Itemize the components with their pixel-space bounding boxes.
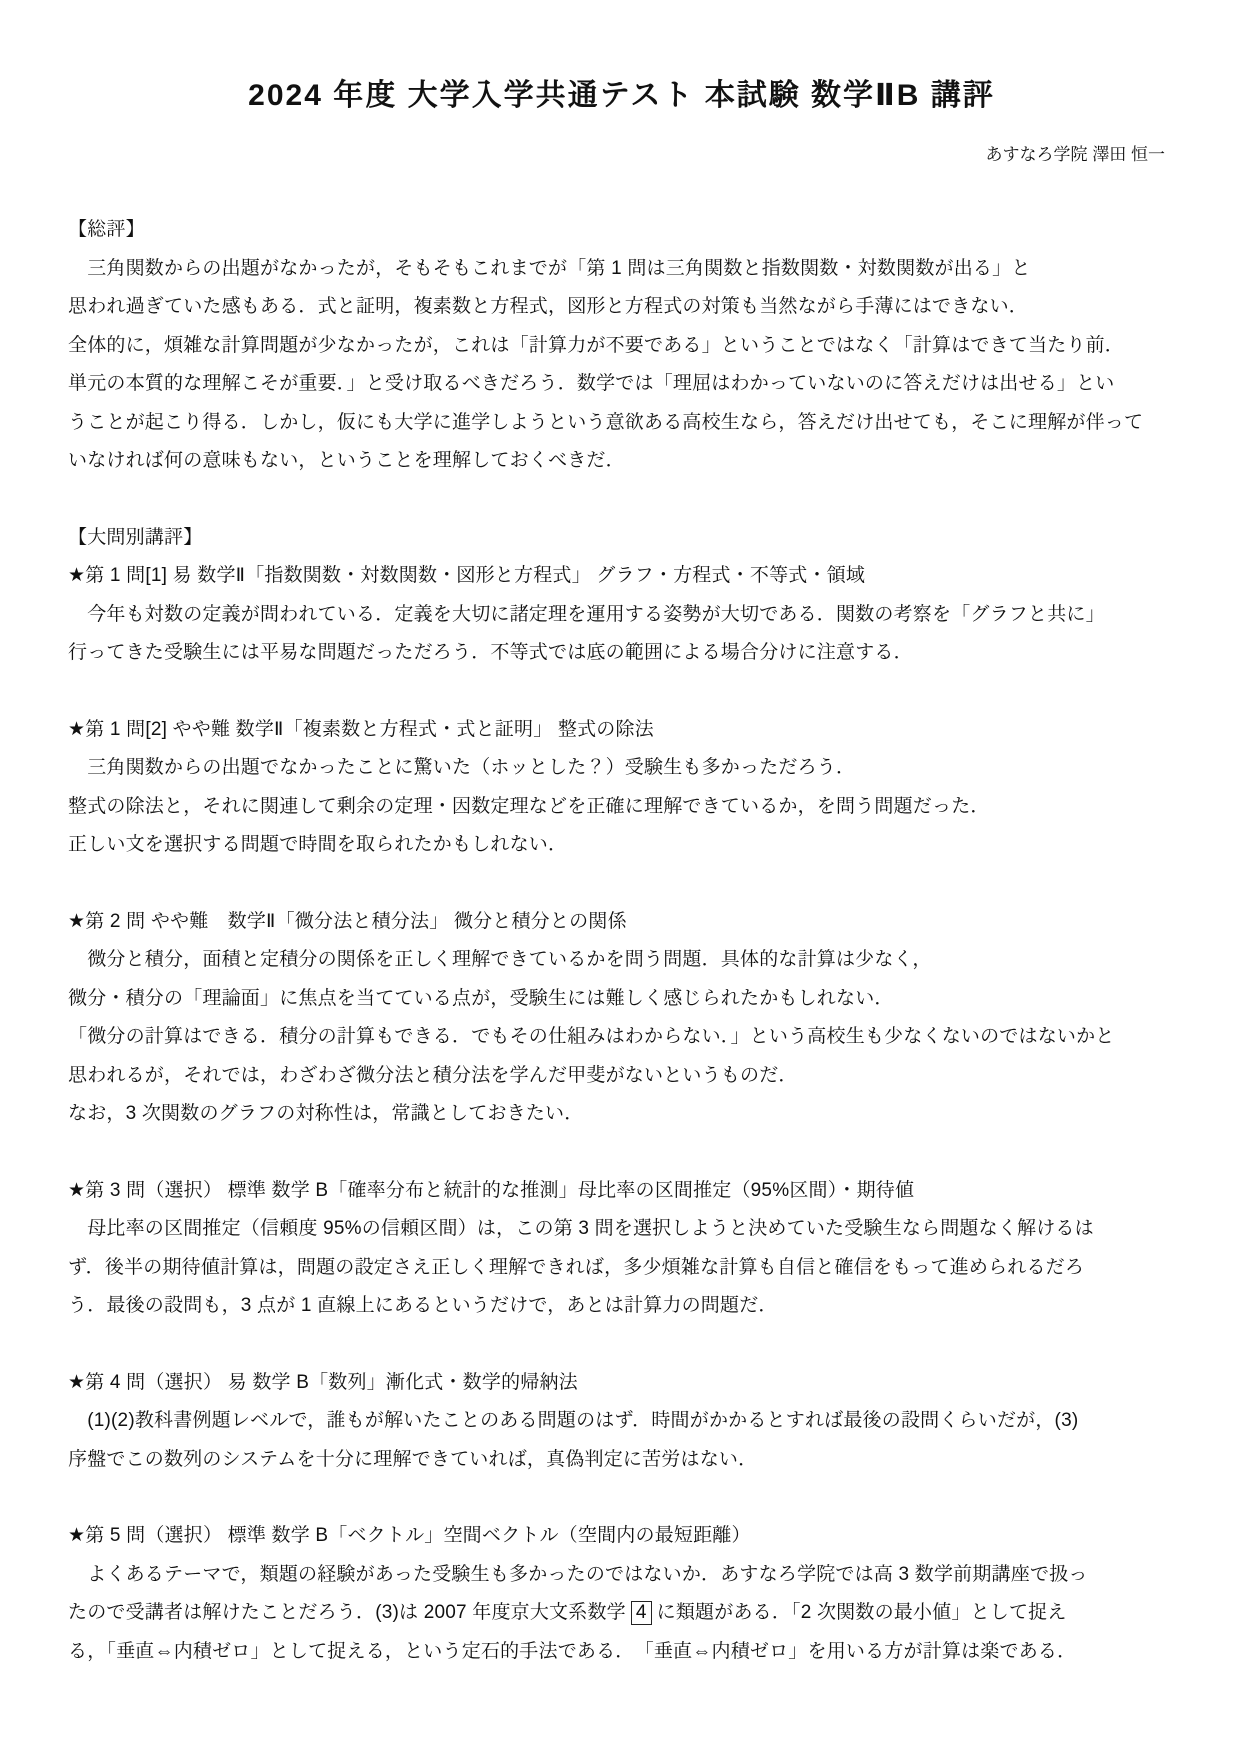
by-question-heading: 【大問別講評】 <box>68 519 1175 558</box>
question-line: 今年も対数の定義が問われている．定義を大切に諸定理を運用する姿勢が大切である．関… <box>68 596 1175 635</box>
overall-review-heading: 【総評】 <box>68 211 1175 250</box>
question-line: よくあるテーマで，類題の経験があった受験生も多かったのではないか．あすなろ学院で… <box>68 1556 1175 1595</box>
question-header: ★第 1 問[2] やや難 数学Ⅱ「複素数と方程式・式と証明」 整式の除法 <box>68 711 1175 750</box>
question-header: ★第 3 問（選択） 標準 数学 B「確率分布と統計的な推測」母比率の区間推定（… <box>68 1172 1175 1211</box>
question-line: なお，3 次関数のグラフの対称性は，常識としておきたい． <box>68 1095 1175 1134</box>
question-header: ★第 4 問（選択） 易 数学 B「数列」漸化式・数学的帰納法 <box>68 1364 1175 1403</box>
question-line: (1)(2)教科書例題レベルで，誰もが解いたことのある問題のはず．時間がかかると… <box>68 1402 1175 1441</box>
question-header: ★第 5 問（選択） 標準 数学 B「ベクトル」空間ベクトル（空間内の最短距離） <box>68 1517 1175 1556</box>
question-line: う．最後の設問も，3 点が 1 直線上にあるというだけで，あとは計算力の問題だ． <box>68 1287 1175 1326</box>
overall-review-line: 全体的に，煩雑な計算問題が少なかったが，これは「計算力が不要である」ということで… <box>68 327 1175 366</box>
question-line: 序盤でこの数列のシステムを十分に理解できていれば，真偽判定に苦労はない． <box>68 1441 1175 1480</box>
boxed-number: 4 <box>631 1601 652 1625</box>
overall-review-line: 単元の本質的な理解こそが重要．」と受け取るべきだろう．数学では「理屈はわかってい… <box>68 365 1175 404</box>
question-item-4: ★第 4 問（選択） 易 数学 B「数列」漸化式・数学的帰納法 (1)(2)教科… <box>68 1364 1175 1480</box>
document-page: 2024 年度 大学入学共通テスト 本試験 数学ⅡB 講評 あすなろ学院 澤田 … <box>0 0 1241 1755</box>
question-line: 行ってきた受験生には平易な問題だっただろう．不等式では底の範囲による場合分けに注… <box>68 634 1175 673</box>
overall-review-section: 【総評】 三角関数からの出題がなかったが，そもそもこれまでが「第 1 問は三角関… <box>68 211 1175 481</box>
question-line: る，「垂直⇔内積ゼロ」として捉える，という定石的手法である． 「垂直⇔内積ゼロ」… <box>68 1633 1175 1672</box>
question-item-1-1: ★第 1 問[1] 易 数学Ⅱ「指数関数・対数関数・図形と方程式」 グラフ・方程… <box>68 557 1175 673</box>
question-line-part: たので受講者は解けたことだろう．(3)は 2007 年度京大文系数学 <box>68 1602 626 1623</box>
overall-review-line: うことが起こり得る．しかし，仮にも大学に進学しようという意欲ある高校生なら，答え… <box>68 404 1175 443</box>
question-line: 微分・積分の「理論面」に焦点を当てている点が，受験生には難しく感じられたかもしれ… <box>68 980 1175 1019</box>
question-line: 「微分の計算はできる．積分の計算もできる．でもその仕組みはわからない．」という高… <box>68 1018 1175 1057</box>
author-line: あすなろ学院 澤田 恒一 <box>68 140 1165 165</box>
question-line: 思われるが，それでは，わざわざ微分法と積分法を学んだ甲斐がないというものだ． <box>68 1057 1175 1096</box>
overall-review-line: 三角関数からの出題がなかったが，そもそもこれまでが「第 1 問は三角関数と指数関… <box>68 250 1175 289</box>
question-line: 母比率の区間推定（信頼度 95%の信頼区間）は，この第 3 問を選択しようと決め… <box>68 1210 1175 1249</box>
question-line-with-box: たので受講者は解けたことだろう．(3)は 2007 年度京大文系数学4に類題があ… <box>68 1594 1175 1633</box>
by-question-section: 【大問別講評】 ★第 1 問[1] 易 数学Ⅱ「指数関数・対数関数・図形と方程式… <box>68 519 1175 1672</box>
question-item-5: ★第 5 問（選択） 標準 数学 B「ベクトル」空間ベクトル（空間内の最短距離）… <box>68 1517 1175 1671</box>
question-header: ★第 2 問 やや難 数学Ⅱ「微分法と積分法」 微分と積分との関係 <box>68 903 1175 942</box>
page-title: 2024 年度 大学入学共通テスト 本試験 数学ⅡB 講評 <box>68 70 1175 114</box>
question-line: 微分と積分，面積と定積分の関係を正しく理解できているかを問う問題．具体的な計算は… <box>68 941 1175 980</box>
question-line-part: に類題がある．「2 次関数の最小値」として捉え <box>657 1602 1067 1623</box>
overall-review-line: いなければ何の意味もない，ということを理解しておくべきだ． <box>68 442 1175 481</box>
question-item-3: ★第 3 問（選択） 標準 数学 B「確率分布と統計的な推測」母比率の区間推定（… <box>68 1172 1175 1326</box>
question-line: 整式の除法と，それに関連して剰余の定理・因数定理などを正確に理解できているか，を… <box>68 788 1175 827</box>
question-line: 正しい文を選択する問題で時間を取られたかもしれない． <box>68 826 1175 865</box>
question-item-1-2: ★第 1 問[2] やや難 数学Ⅱ「複素数と方程式・式と証明」 整式の除法 三角… <box>68 711 1175 865</box>
question-line: ず．後半の期待値計算は，問題の設定さえ正しく理解できれば，多少煩雑な計算も自信と… <box>68 1249 1175 1288</box>
overall-review-line: 思われ過ぎていた感もある．式と証明，複素数と方程式，図形と方程式の対策も当然なが… <box>68 288 1175 327</box>
question-item-2: ★第 2 問 やや難 数学Ⅱ「微分法と積分法」 微分と積分との関係 微分と積分，… <box>68 903 1175 1134</box>
question-header: ★第 1 問[1] 易 数学Ⅱ「指数関数・対数関数・図形と方程式」 グラフ・方程… <box>68 557 1175 596</box>
question-line: 三角関数からの出題でなかったことに驚いた（ホッとした？）受験生も多かっただろう． <box>68 749 1175 788</box>
